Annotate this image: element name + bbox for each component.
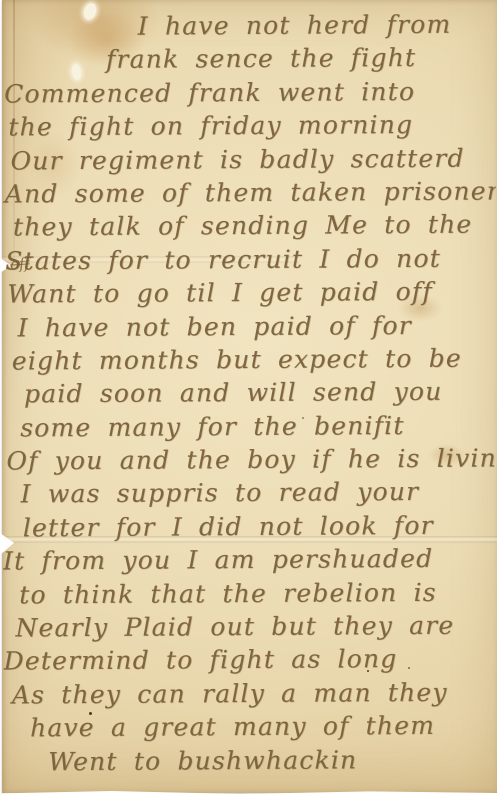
letter-line: Of you and the boy if he is living <box>2 442 497 478</box>
letter-line: some many for the benifit <box>2 408 497 444</box>
letter-line: I have not herd from <box>0 7 495 43</box>
letter-line: the fight on friday morning <box>0 108 495 144</box>
letter-line: I was suppris to read your <box>2 475 497 511</box>
letter-line: I have not ben paid of for <box>1 308 496 344</box>
letter-paper: I have not herd from frank sence the fig… <box>2 0 497 793</box>
letter-line: letter for I did not look for <box>3 508 497 544</box>
letter-line: Determind to fight as long <box>4 642 497 678</box>
photo-background: I have not herd from frank sence the fig… <box>0 0 497 800</box>
letter-line: frank sence the fight <box>0 41 495 77</box>
letter-line: Nearly Plaid out but they are <box>3 609 497 645</box>
letter-line: paid soon and will send you <box>2 375 497 411</box>
letter-line: Our regiment is badly scatterd <box>0 141 495 177</box>
letter-line: And some of them taken prisoner <box>1 174 496 210</box>
letter-line: have a great many of them <box>4 709 497 745</box>
letter-text: I have not herd from frank sence the fig… <box>0 0 497 795</box>
letter-line: As they can rally a man they <box>4 675 497 711</box>
letter-line: It from you I am pershuaded <box>3 542 497 578</box>
letter-line: to think that the rebelion is <box>3 575 497 611</box>
letter-line: States for to recruit I do not <box>1 241 496 277</box>
letter-line: eight months but expect to be <box>2 341 497 377</box>
letter-line: Commenced frank went into <box>0 74 495 110</box>
letter-line: Went to bushwhackin <box>4 742 497 778</box>
letter-line: Want to go til I get paid off <box>1 275 496 311</box>
letter-line: they talk of sending Me to the <box>1 208 496 244</box>
crossed-out-word: off <box>9 254 30 273</box>
